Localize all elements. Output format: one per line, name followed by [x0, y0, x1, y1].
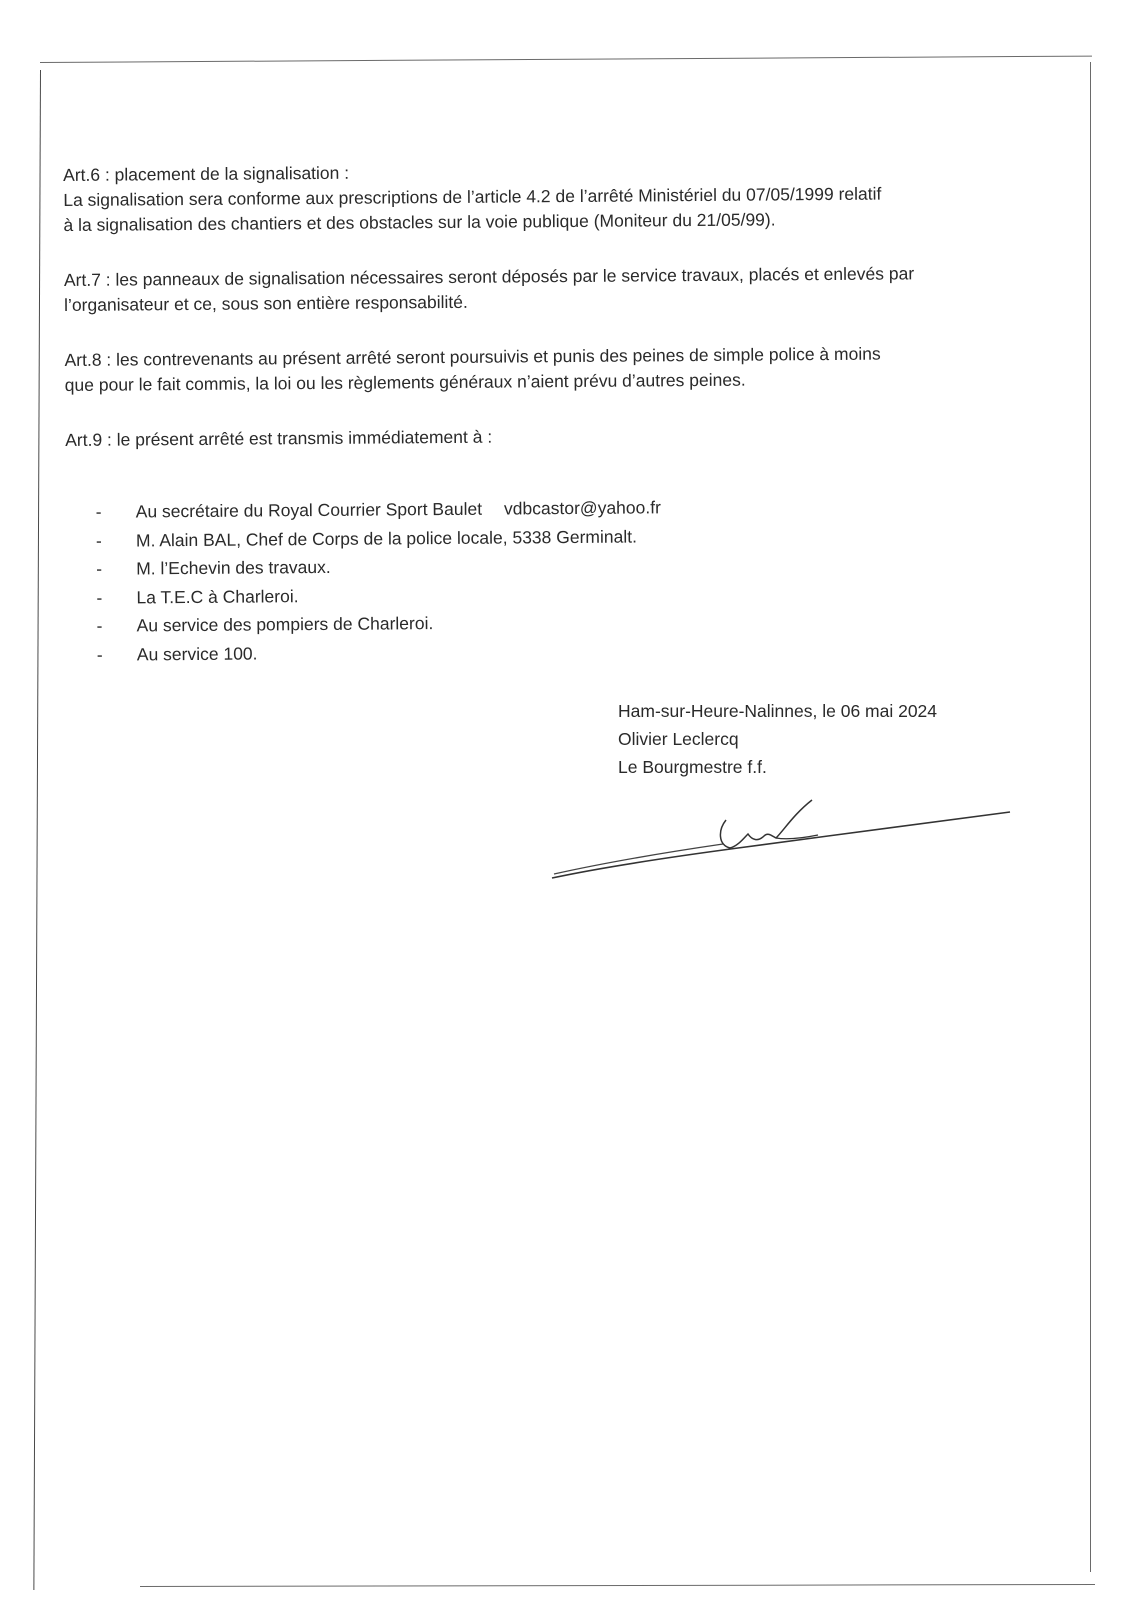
page-border-bottom — [140, 1584, 1095, 1587]
handwritten-signature-icon — [548, 790, 1018, 885]
place-date: Ham-sur-Heure-Nalinnes, le 06 mai 2024 — [618, 697, 937, 725]
recipient-text: Au service 100. — [137, 643, 258, 664]
dash-bullet-icon: - — [96, 526, 102, 555]
article-7: Art.7 : les panneaux de signalisation né… — [64, 260, 1074, 318]
recipient-email: vdbcastor@yahoo.fr — [504, 497, 661, 518]
dash-bullet-icon: - — [97, 640, 103, 669]
recipient-list: - Au secrétaire du Royal Courrier Sport … — [68, 490, 1077, 669]
page-border-top — [40, 56, 1092, 63]
dash-bullet-icon: - — [97, 612, 103, 641]
recipient-text: M. Alain BAL, Chef de Corps de la police… — [136, 526, 637, 550]
page-border-left — [33, 70, 41, 1590]
recipient-text: M. l’Echevin des travaux. — [136, 557, 331, 579]
page-border-right — [1090, 62, 1091, 1572]
recipient-text: La T.E.C à Charleroi. — [136, 586, 298, 607]
recipient-text: Au secrétaire du Royal Courrier Sport Ba… — [136, 499, 482, 522]
article-9: Art.9 : le présent arrêté est transmis i… — [65, 420, 1075, 453]
article-8: Art.8 : les contrevenants au présent arr… — [64, 340, 1074, 398]
signatory-title: Le Bourgmestre f.f. — [618, 753, 937, 781]
recipient-text: Au service des pompiers de Charleroi. — [137, 613, 434, 635]
dash-bullet-icon: - — [96, 555, 102, 584]
article-line: Art.9 : le présent arrêté est transmis i… — [65, 420, 1075, 453]
dash-bullet-icon: - — [96, 498, 102, 527]
article-6: Art.6 : placement de la signalisation : … — [63, 155, 1074, 238]
signature-block: Ham-sur-Heure-Nalinnes, le 06 mai 2024 O… — [618, 697, 937, 781]
document-body: Art.6 : placement de la signalisation : … — [63, 155, 1077, 669]
signatory-name: Olivier Leclercq — [618, 725, 937, 753]
dash-bullet-icon: - — [96, 583, 102, 612]
